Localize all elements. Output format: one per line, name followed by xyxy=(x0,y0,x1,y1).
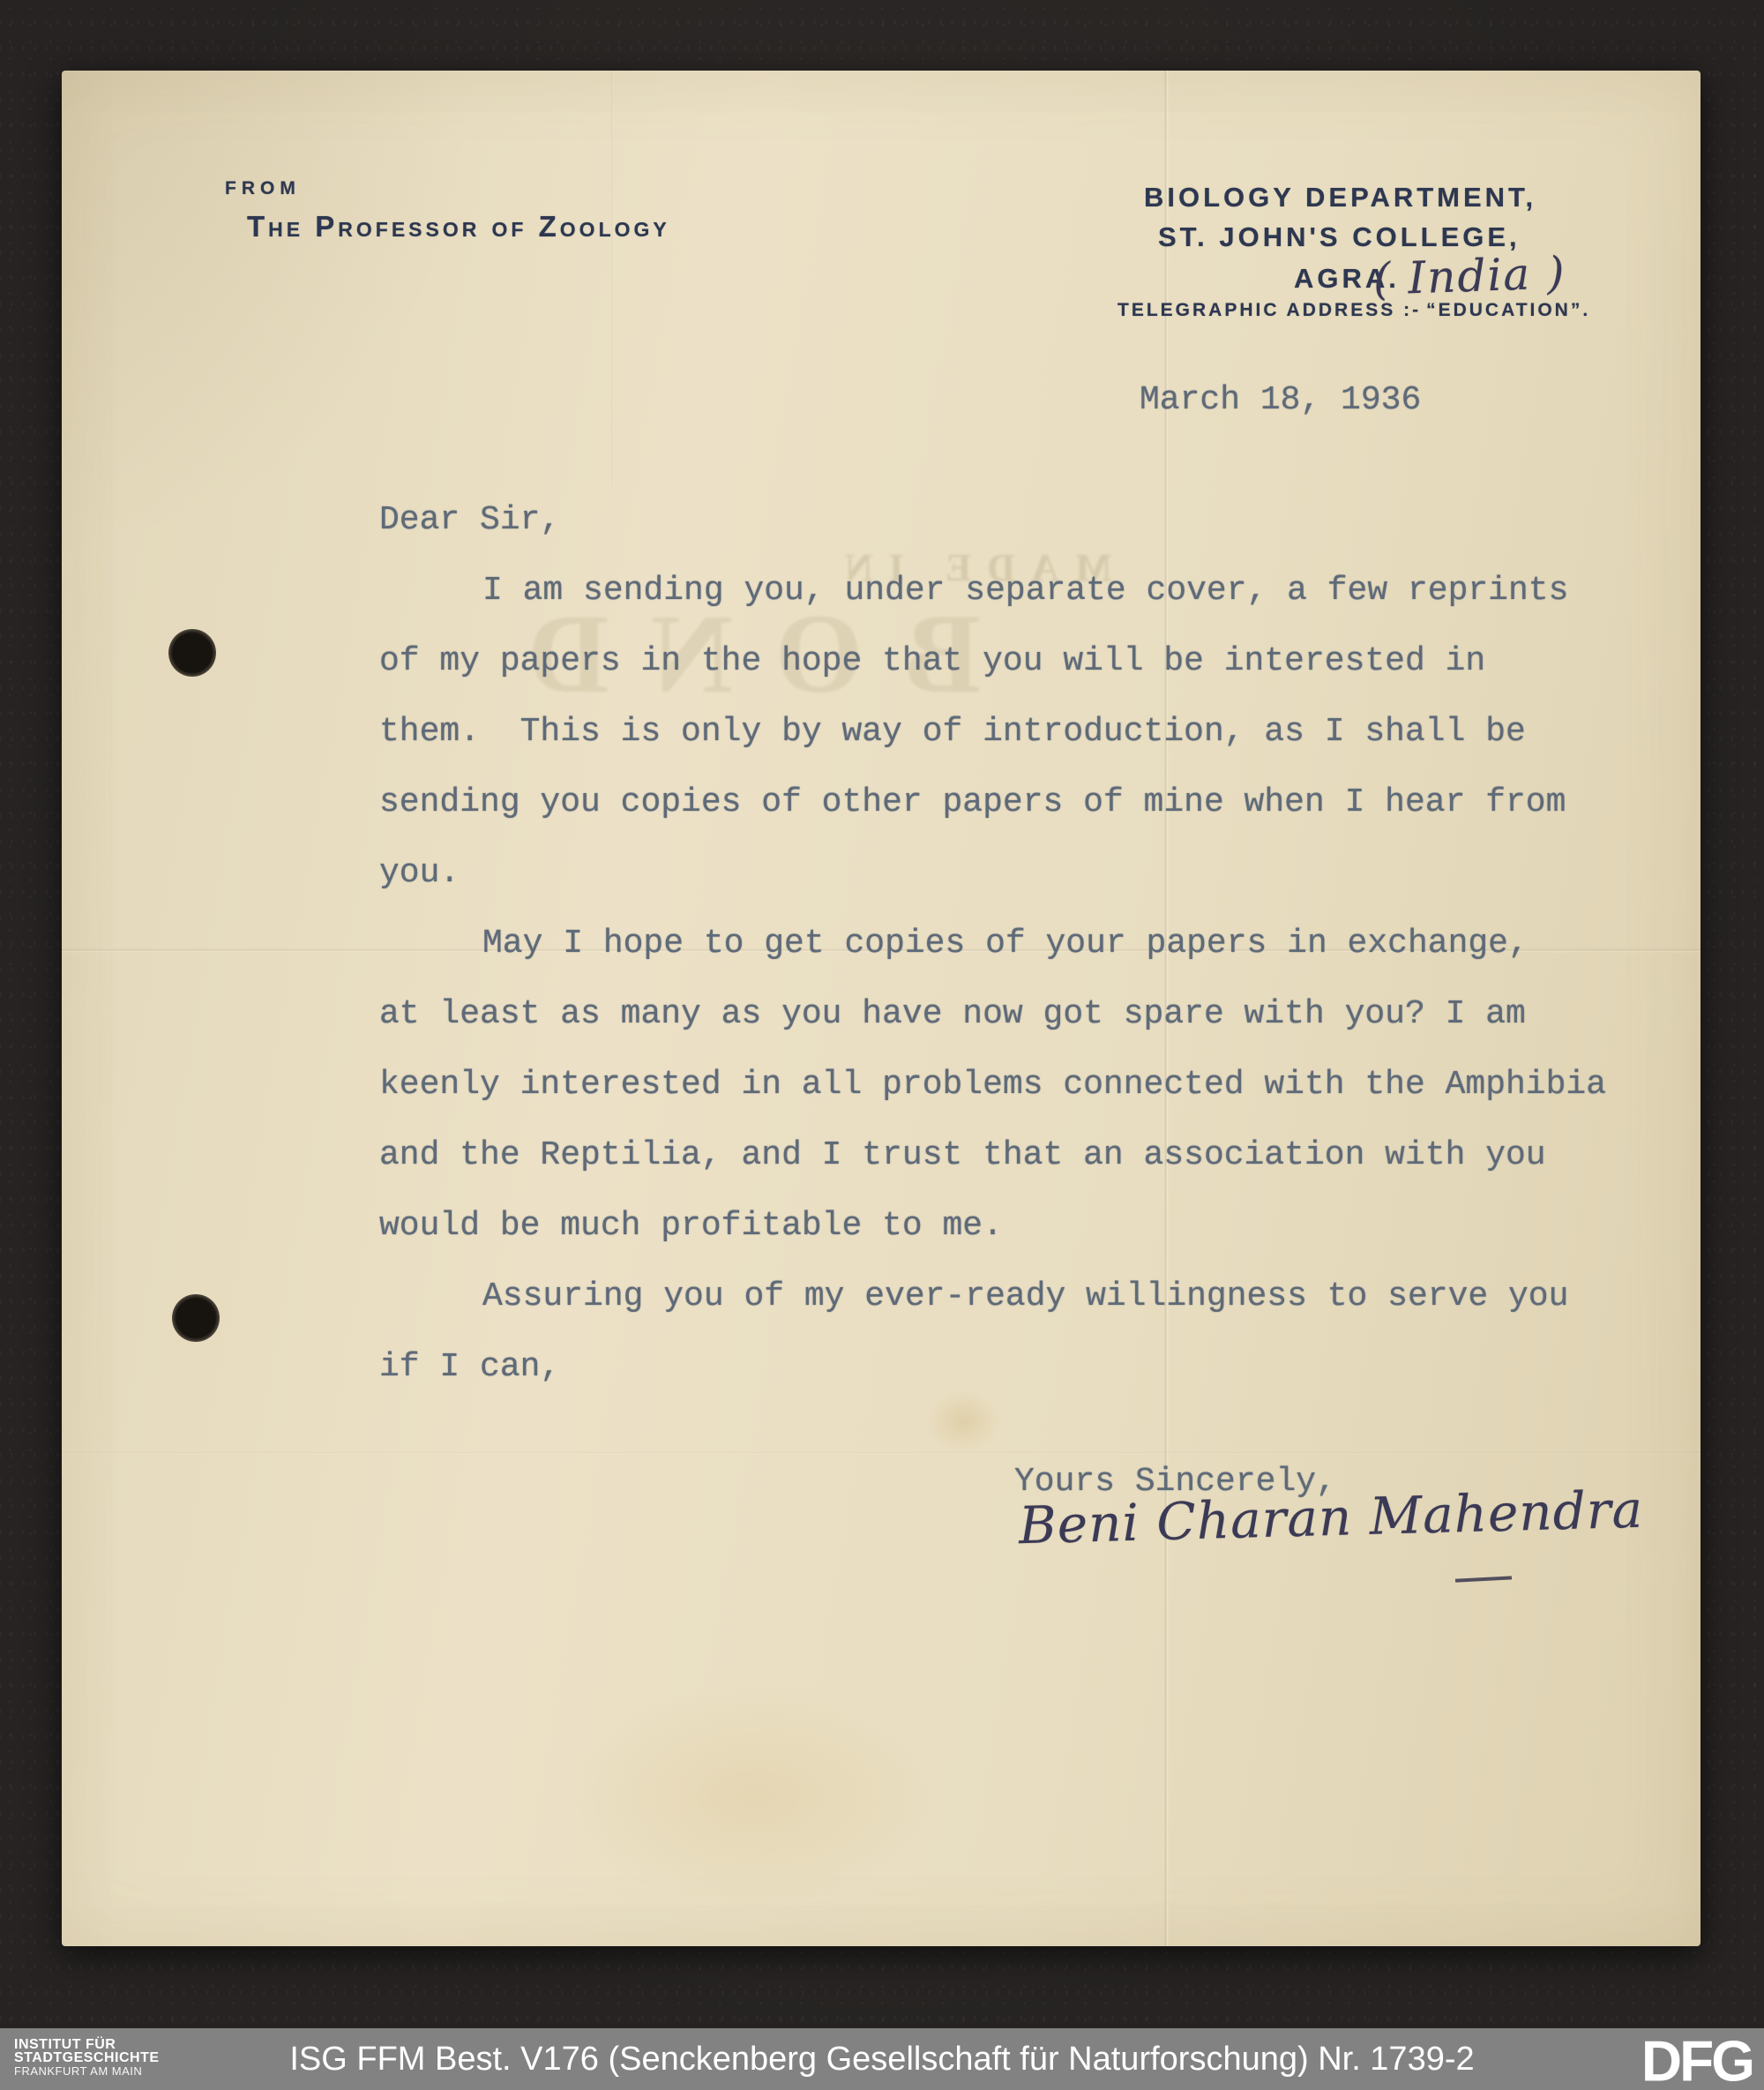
letterhead-sender-title: The Professor of Zoology xyxy=(247,210,670,243)
letter-line: at least as many as you have now got spa… xyxy=(379,979,1606,1050)
letterhead-from-label: FROM xyxy=(225,178,301,199)
letter-line: sending you copies of other papers of mi… xyxy=(379,768,1606,838)
letter-document: MADE IN BOND FROM The Professor of Zoolo… xyxy=(62,71,1700,1946)
letter-line: keenly interested in all problems connec… xyxy=(379,1050,1606,1120)
letter-line: you. xyxy=(379,838,1606,909)
archive-info-bar: INSTITUT FÜR STADTGESCHICHTE FRANKFURT A… xyxy=(0,2028,1764,2090)
punch-hole-bottom xyxy=(172,1294,220,1342)
letterhead-telegraphic-address: TELEGRAPHIC ADDRESS :-“EDUCATION”. xyxy=(1117,300,1590,321)
photo-background: MADE IN BOND FROM The Professor of Zoolo… xyxy=(0,0,1764,2090)
letter-line: Assuring you of my ever-ready willingnes… xyxy=(379,1262,1606,1332)
letter-line: May I hope to get copies of your papers … xyxy=(379,909,1606,979)
letter-line: and the Reptilia, and I trust that an as… xyxy=(379,1120,1606,1191)
letter-line: them. This is only by way of introductio… xyxy=(379,697,1606,768)
letter-date: March 18, 1936 xyxy=(1140,381,1421,419)
letter-line: I am sending you, under separate cover, … xyxy=(379,556,1606,626)
letter-line: of my papers in the hope that you will b… xyxy=(379,626,1606,697)
salutation: Dear Sir, xyxy=(379,485,1606,556)
telegraphic-address-value: “EDUCATION”. xyxy=(1426,300,1590,320)
horizontal-fold-crease-lower xyxy=(62,1451,1700,1455)
signature-underline-flourish xyxy=(1455,1576,1512,1582)
top-crease xyxy=(611,71,614,485)
dfg-logo: DFG xyxy=(1641,2027,1753,2090)
letter-body: Dear Sir, I am sending you, under separa… xyxy=(379,485,1606,1403)
telegraphic-address-label: TELEGRAPHIC ADDRESS :- xyxy=(1117,300,1421,320)
letter-line: would be much profitable to me. xyxy=(379,1191,1606,1262)
punch-hole-top xyxy=(168,629,216,677)
letterhead-department: BIOLOGY DEPARTMENT, xyxy=(1144,182,1536,213)
handwritten-country-annotation: ( India ) xyxy=(1372,247,1566,305)
archive-reference-text: ISG FFM Best. V176 (Senckenberg Gesellsc… xyxy=(0,2028,1764,2090)
letter-line: if I can, xyxy=(379,1332,1606,1403)
letterhead-college: ST. JOHN'S COLLEGE, xyxy=(1158,221,1521,253)
